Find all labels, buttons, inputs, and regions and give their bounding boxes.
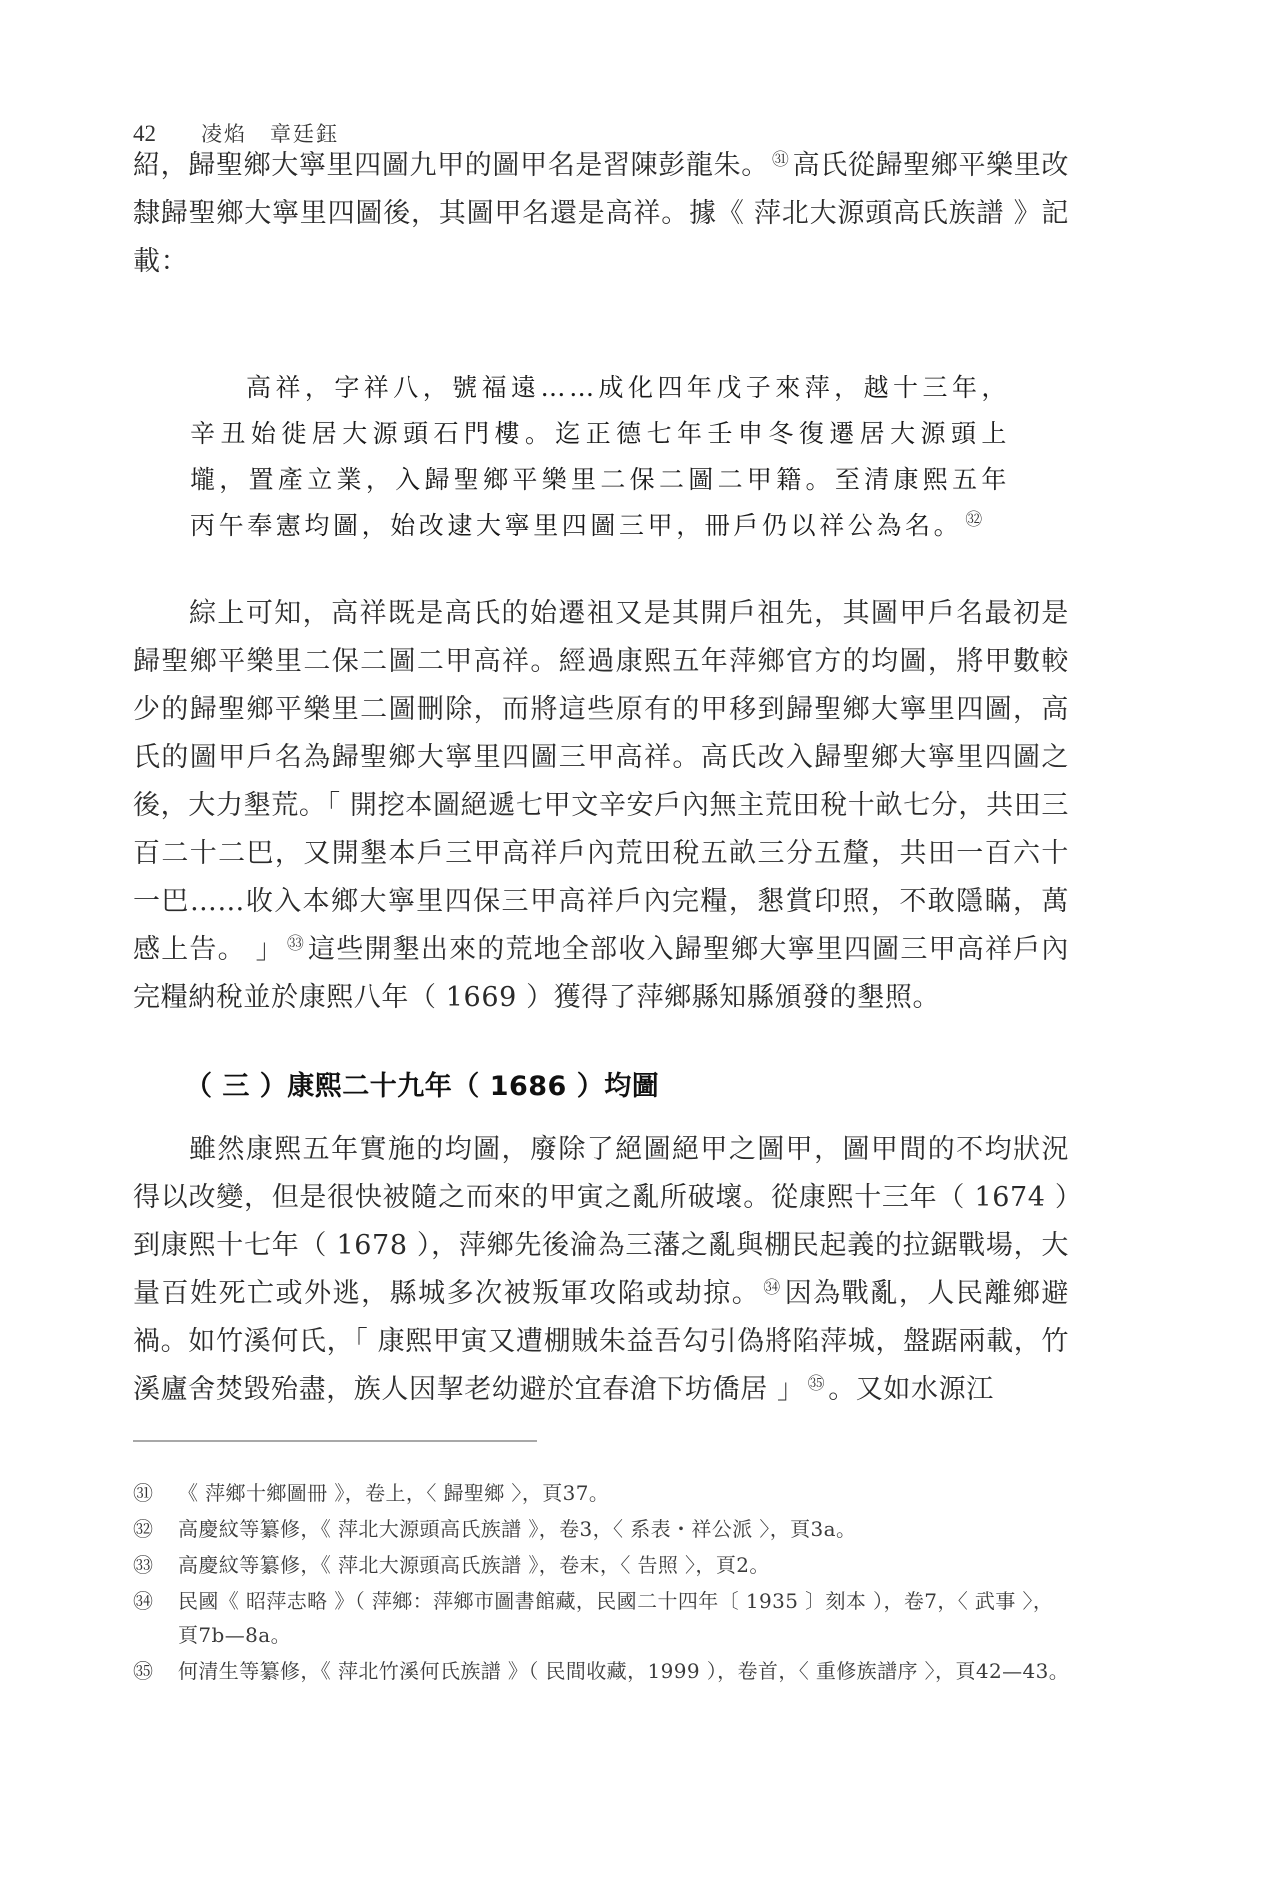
paragraph-text: 。又如水源江 xyxy=(828,1374,994,1405)
footnote-33: ㉝ 高慶紋等纂修，《 萍北大源頭高氏族譜 》，卷末，〈 告照 〉，頁2。 xyxy=(133,1548,1073,1582)
paragraph-1: 紹，歸聖鄉大寧里四圖九甲的圖甲名是習陳彭龍朱。㉛高氏從歸聖鄉平樂里改隸歸聖鄉大寧… xyxy=(133,142,1069,286)
document-page: 42 凌焰 章廷鈺 紹，歸聖鄉大寧里四圖九甲的圖甲名是習陳彭龍朱。㉛高氏從歸聖鄉… xyxy=(0,0,1262,1895)
footnote-ref-34[interactable]: ㉞ xyxy=(763,1278,782,1298)
footnote-ref-35[interactable]: ㉟ xyxy=(808,1374,826,1394)
paragraph-2: 綜上可知，高祥既是高氏的始遷祖又是其開戶祖先，其圖甲戶名最初是歸聖鄉平樂里二保二… xyxy=(133,590,1069,1022)
footnote-number: ㉝ xyxy=(133,1548,178,1582)
footnote-32: ㉜ 高慶紋等纂修，《 萍北大源頭高氏族譜 》，卷3，〈 系表・祥公派 〉，頁3a… xyxy=(133,1512,1073,1546)
footnote-ref-31[interactable]: ㉛ xyxy=(772,150,790,170)
footnote-text: 何清生等纂修，《 萍北竹溪何氏族譜 》（ 民間收藏，1999 ），卷首，〈 重修… xyxy=(178,1654,1073,1688)
quote-text: 高祥，字祥八，號福遠……成化四年戊子來萍，越十三年，辛丑始徙居大源頭石門樓。迄正… xyxy=(190,373,1010,540)
footnote-text: 民國《 昭萍志略 》（ 萍鄉：萍鄉市圖書館藏，民國二十四年〔 1935 〕刻本 … xyxy=(178,1584,1073,1652)
footnote-number: ㉟ xyxy=(133,1654,178,1688)
footnote-31: ㉛ 《 萍鄉十鄉圖冊 》，卷上，〈 歸聖鄉 〉，頁37。 xyxy=(133,1476,1073,1510)
block-quote: 高祥，字祥八，號福遠……成化四年戊子來萍，越十三年，辛丑始徙居大源頭石門樓。迄正… xyxy=(190,365,1010,549)
footnote-separator xyxy=(133,1440,537,1442)
footnote-text: 高慶紋等纂修，《 萍北大源頭高氏族譜 》，卷3，〈 系表・祥公派 〉，頁3a。 xyxy=(178,1512,1073,1546)
section-heading: （ 三 ）康熙二十九年（ 1686 ）均圖 xyxy=(185,1064,659,1103)
footnote-number: ㉛ xyxy=(133,1476,178,1510)
footnote-ref-32[interactable]: ㉜ xyxy=(965,510,986,530)
footnote-text: 《 萍鄉十鄉圖冊 》，卷上，〈 歸聖鄉 〉，頁37。 xyxy=(178,1476,1073,1510)
footnote-text: 高慶紋等纂修，《 萍北大源頭高氏族譜 》，卷末，〈 告照 〉，頁2。 xyxy=(178,1548,1073,1582)
footnotes: ㉛ 《 萍鄉十鄉圖冊 》，卷上，〈 歸聖鄉 〉，頁37。 ㉜ 高慶紋等纂修，《 … xyxy=(133,1476,1073,1690)
paragraph-text: 綜上可知，高祥既是高氏的始遷祖又是其開戶祖先，其圖甲戶名最初是歸聖鄉平樂里二保二… xyxy=(133,598,1069,965)
footnote-number: ㉞ xyxy=(133,1584,178,1618)
footnote-34: ㉞ 民國《 昭萍志略 》（ 萍鄉：萍鄉市圖書館藏，民國二十四年〔 1935 〕刻… xyxy=(133,1584,1073,1652)
paragraph-3: 雖然康熙五年實施的均圖，廢除了絕圖絕甲之圖甲，圖甲間的不均狀況得以改變，但是很快… xyxy=(133,1126,1069,1414)
footnote-number: ㉜ xyxy=(133,1512,178,1546)
paragraph-text: 紹，歸聖鄉大寧里四圖九甲的圖甲名是習陳彭龍朱。 xyxy=(133,150,769,181)
footnote-ref-33[interactable]: ㉝ xyxy=(287,934,305,954)
footnote-35: ㉟ 何清生等纂修，《 萍北竹溪何氏族譜 》（ 民間收藏，1999 ），卷首，〈 … xyxy=(133,1654,1073,1688)
